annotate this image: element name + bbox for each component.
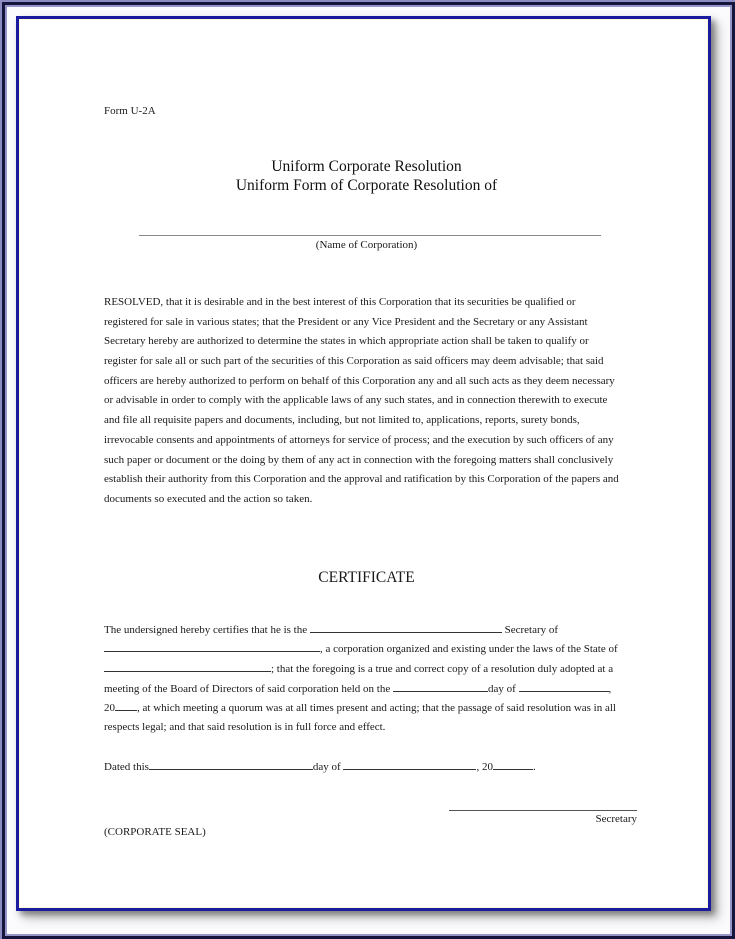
certificate-line: meeting of the Board of Directors of sai…	[104, 681, 611, 696]
document-title: Uniform Corporate Resolution	[19, 157, 714, 176]
certificate-heading: CERTIFICATE	[19, 568, 714, 587]
cert-text: , at which meeting a quorum was at all t…	[137, 702, 616, 714]
resolution-line: Secretary hereby are authorized to deter…	[104, 334, 589, 348]
secretary-title-field[interactable]	[310, 622, 502, 633]
dated-month-field[interactable]	[343, 759, 476, 770]
corporate-seal-label: (CORPORATE SEAL)	[104, 825, 206, 839]
resolution-line: such paper or document or the doing by t…	[104, 453, 613, 467]
cert-text: Dated this	[104, 761, 149, 773]
form-id: Form U-2A	[104, 104, 156, 118]
resolution-line: establish their authority from this Corp…	[104, 472, 619, 486]
signature-label: Secretary	[449, 812, 637, 826]
corporation-name-field[interactable]	[139, 235, 601, 236]
cert-text: , a corporation organized and existing u…	[320, 643, 618, 655]
resolution-line: irrevocable consents and appointments of…	[104, 433, 614, 447]
cert-text: The undersigned hereby certifies that he…	[104, 624, 307, 636]
meeting-day-field[interactable]	[393, 681, 488, 692]
cert-text: day of	[313, 761, 341, 773]
certificate-line: respects legal; and that said resolution…	[104, 720, 385, 734]
dated-line: Dated thisday of , 20.	[104, 759, 536, 774]
dated-year-field[interactable]	[493, 759, 533, 770]
corporation-name-caption: (Name of Corporation)	[19, 238, 714, 252]
cert-text: meeting of the Board of Directors of sai…	[104, 683, 390, 695]
certificate-line: , a corporation organized and existing u…	[104, 641, 618, 656]
cert-text: ; that the foregoing is a true and corre…	[271, 663, 613, 675]
resolution-line: and file all requisite papers and docume…	[104, 413, 580, 427]
resolution-line: register for sale all or such part of th…	[104, 354, 604, 368]
resolution-line: RESOLVED, that it is desirable and in th…	[104, 295, 576, 309]
cert-text: day of	[488, 683, 516, 695]
cert-text: , 20	[476, 761, 493, 773]
resolution-line: officers are hereby authorized to perfor…	[104, 374, 615, 388]
certificate-line: 20, at which meeting a quorum was at all…	[104, 700, 616, 715]
cert-text: 20	[104, 702, 115, 714]
resolution-line: registered for sale in various states; t…	[104, 315, 588, 329]
meeting-month-field[interactable]	[519, 681, 609, 692]
signature-field[interactable]	[449, 810, 637, 811]
document-page: Form U-2A Uniform Corporate Resolution U…	[16, 16, 711, 911]
resolution-line: documents so executed and the action so …	[104, 492, 312, 506]
dated-day-field[interactable]	[149, 759, 313, 770]
cert-text: Secretary of	[505, 624, 558, 636]
resolution-line: or advisable in order to comply with the…	[104, 393, 607, 407]
document-subtitle: Uniform Form of Corporate Resolution of	[19, 176, 714, 195]
cert-text: .	[533, 761, 536, 773]
state-field[interactable]	[104, 661, 271, 672]
certificate-line: The undersigned hereby certifies that he…	[104, 622, 558, 637]
certificate-line: ; that the foregoing is a true and corre…	[104, 661, 613, 676]
cert-text: ,	[609, 683, 612, 695]
corporation-field[interactable]	[104, 641, 320, 652]
meeting-year-field[interactable]	[115, 700, 137, 711]
